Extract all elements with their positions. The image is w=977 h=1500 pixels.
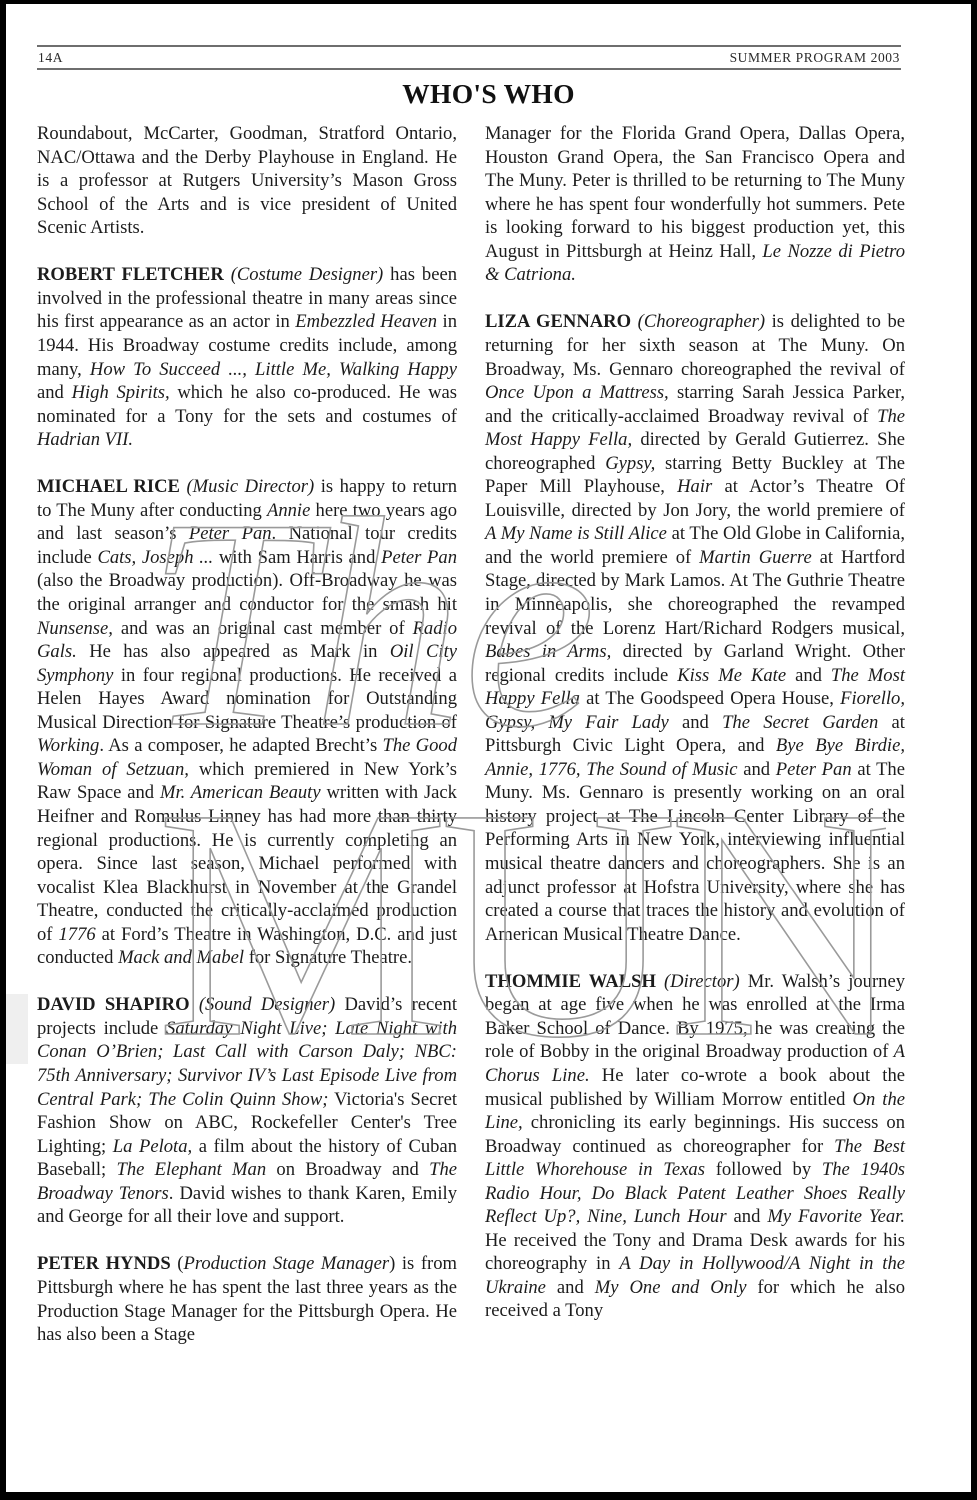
bio-name: THOMMIE WALSH [485,971,656,992]
bio-text: at The Muny. Ms. Gennaro is presently wo… [485,759,905,945]
bio-text: and [546,1277,595,1298]
bio-text: with Sam Harris and [213,547,381,568]
bio-name: DAVID SHAPIRO [37,994,190,1015]
bio-continuation: Roundabout, McCarter, Goodman, Stratford… [37,122,457,240]
italic-title: Peter Pan [776,759,852,780]
running-header: 14A SUMMER PROGRAM 2003 [37,45,901,70]
italic-title: Kiss Me Kate [677,665,786,686]
italic-title: Gypsy, [605,453,655,474]
bio-text: followed by [705,1159,822,1180]
italic-title: Babes in Arms, [485,641,611,662]
bio-continuation: Manager for the Florida Grand Opera, Dal… [485,122,905,287]
program-page: 14A SUMMER PROGRAM 2003 WHO'S WHO The MU… [6,4,971,1492]
italic-title: Embezzled Heaven [295,311,437,332]
bio-role: (Choreographer) [638,311,765,332]
bio-entry: MICHAEL RICE (Music Director) is happy t… [37,475,457,969]
italic-title: My Favorite Year. [767,1206,905,1227]
italic-title: La Pelota, [113,1136,192,1157]
bio-text: and [669,712,722,733]
italic-title: High Spirits, [72,382,170,403]
bio-role: (Music Director) [186,476,314,497]
italic-title: Martin Guerre [699,547,812,568]
bio-role: (Costume Designer) [231,264,384,285]
italic-title: Annie [267,500,310,521]
bio-text: and [786,665,831,686]
left-bios: ROBERT FLETCHER (Costume Designer) has b… [37,263,457,1346]
italic-title: Peter Pan [381,547,457,568]
bio-text: and [727,1206,768,1227]
italic-title: Hadrian VII. [37,429,133,450]
bio-name: PETER HYNDS [37,1253,171,1274]
scan-smudge [6,994,28,1064]
page-title: WHO'S WHO [6,78,971,110]
bio-text: and was an original cast member of [113,618,413,639]
italic-title: Nunsense, [37,618,113,639]
page-number: 14A [38,50,63,66]
bio-name: ROBERT FLETCHER [37,264,224,285]
italic-title: Once Upon a Mattress, [485,382,669,403]
italic-title: Peter Pan [189,523,272,544]
italic-title: Hair [677,476,712,497]
bio-entry: ROBERT FLETCHER (Costume Designer) has b… [37,263,457,451]
italic-title: Cats, Joseph ... [97,547,213,568]
italic-title: A My Name is Still Alice [485,523,667,544]
bio-entry: THOMMIE WALSH (Director) Mr. Walsh’s jou… [485,970,905,1323]
italic-title: Mr. American Beauty [160,782,321,803]
bio-text: for Signature Theatre. [244,947,412,968]
left-column: Roundabout, McCarter, Goodman, Stratford… [37,122,457,1347]
bio-text: and [37,382,72,403]
italic-title: My One and Only [595,1277,747,1298]
italic-title: How To Succeed ..., Little Me, Walking H… [90,359,457,380]
bio-name: MICHAEL RICE [37,476,180,497]
bio-entry: DAVID SHAPIRO (Sound Designer) David’s r… [37,993,457,1228]
right-column: Manager for the Florida Grand Opera, Dal… [485,122,905,1323]
bio-role: (Director) [664,971,740,992]
right-bios: LIZA GENNARO (Choreographer) is delighte… [485,310,905,1323]
bio-text: and [738,759,776,780]
italic-title: The Secret Garden [722,712,878,733]
bio-text: He has also appeared as Mark in [77,641,390,662]
bio-role: (Sound Designer) [199,994,335,1015]
bio-text: at The Goodspeed Opera House, [580,688,840,709]
bio-entry: PETER HYNDS (Production Stage Manager) i… [37,1252,457,1346]
bio-text: (also the Broadway production). Off-Broa… [37,570,457,615]
bio-name: LIZA GENNARO [485,311,631,332]
bio-text: written with Jack Heifner and Romulus Li… [37,782,457,944]
bio-entry: LIZA GENNARO (Choreographer) is delighte… [485,310,905,946]
italic-title: The Elephant Man [116,1159,266,1180]
italic-title: Mack and Mabel [118,947,244,968]
publication-title: SUMMER PROGRAM 2003 [730,50,900,66]
bio-text: on Broadway and [266,1159,429,1180]
bio-role: (Production Stage Manager) [177,1253,395,1274]
italic-title: Working [37,735,99,756]
bio-text: . As a composer, he adapted Brecht’s [99,735,382,756]
italic-title: 1776 [58,924,95,945]
